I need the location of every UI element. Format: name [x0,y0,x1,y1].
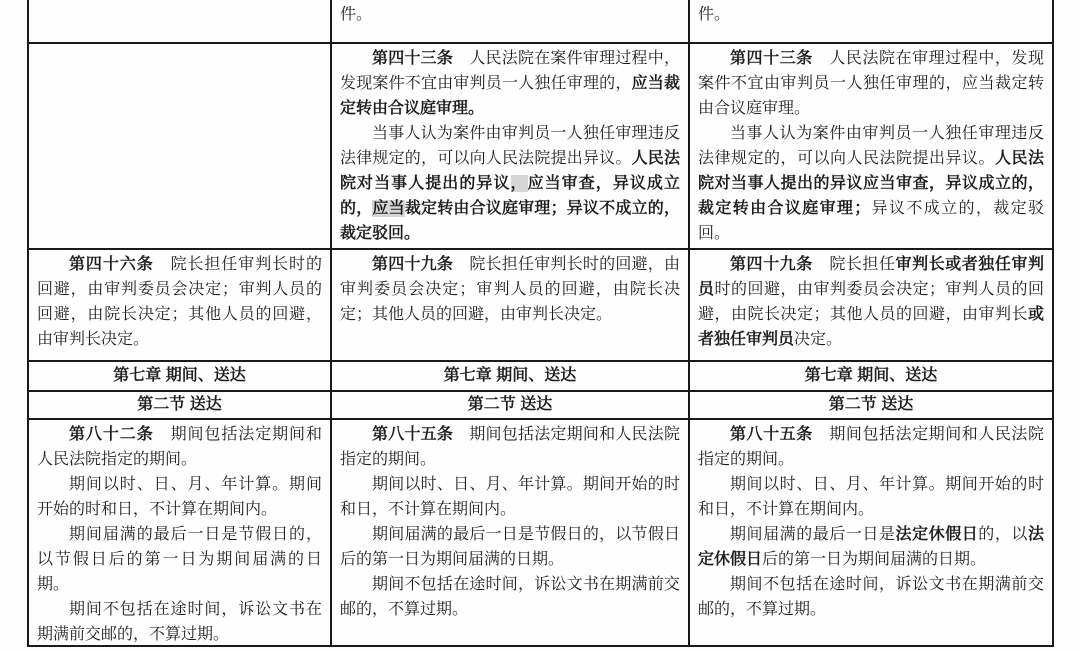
table-row: 第七章 期间、送达第七章 期间、送达第七章 期间、送达 [27,362,1054,392]
paragraph: 期间不包括在途时间，诉讼文书在期满前交邮的，不算过期。 [340,572,680,622]
text-span: 件。 [340,6,372,23]
section-heading: 第七章 期间、送达 [805,365,937,387]
text-span: 的，以 [978,526,1028,543]
table-row: 第二节 送达第二节 送达第二节 送达 [27,392,1054,420]
table-cell: 第四十九条 院长担任审判长或者独任审判员时的回避，由审判委员会决定；审判人员的回… [690,250,1054,362]
section-heading: 第七章 期间、送达 [113,365,245,387]
table-cell [27,44,332,250]
table-cell: 第八十五条 期间包括法定期间和人民法院指定的期间。期间以时、日、月、年计算。期间… [332,420,690,647]
paragraph: 件。 [698,2,1044,27]
paragraph: 期间以时、日、月、年计算。期间开始的时和日，不计算在期间内。 [37,472,322,522]
text-span: 第八十五条 [730,426,813,443]
text-span: 后的第一日为期间届满的日期。 [762,551,986,568]
text-span: 第八十二条 [69,426,154,443]
table-cell: 第四十九条 院长担任审判长时的回避，由审判委员会决定；审判人员的回避，由院长决定… [332,250,690,362]
paragraph: 第八十五条 期间包括法定期间和人民法院指定的期间。 [698,422,1044,472]
text-span: 第二节 送达 [137,396,221,413]
text-span: 决定。 [794,331,842,348]
table-cell: 第七章 期间、送达 [27,362,332,392]
text-span: 第二节 送达 [468,396,552,413]
text-span: 第四十三条 [730,50,813,67]
law-comparison-table: 件。件。第四十三条 人民法院在案件审理过程中，发现案件不宜由审判员一人独任审理的… [27,0,1054,647]
text-span: 期间不包括在途时间，诉讼文书在期满前交邮的，不算过期。 [698,576,1044,618]
table-cell: 第八十二条 期间包括法定期间和人民法院指定的期间。期间以时、日、月、年计算。期间… [27,420,332,647]
paragraph: 期间届满的最后一日是法定休假日的，以法定休假日后的第一日为期间届满的日期。 [698,522,1044,572]
text-span: 件。 [698,6,730,23]
paragraph: 第八十五条 期间包括法定期间和人民法院指定的期间。 [340,422,680,472]
paragraph: 期间以时、日、月、年计算。期间开始的时和日，不计算在期间内。 [698,472,1044,522]
text-span: 时的回避，由审判委员会决定；审判人员的回避，由院长决定；其他人员的回避，由审判长 [698,281,1044,323]
paragraph: 期间届满的最后一日是节假日的，以节假日后的第一日为期间届满的日期。 [37,522,322,597]
text-span: 期间以时、日、月、年计算。期间开始的时和日，不计算在期间内。 [37,476,322,518]
text-span: 法定休假日 [896,526,979,543]
table-cell: 第二节 送达 [332,392,690,420]
table-cell: 件。 [690,0,1054,44]
table-row: 第四十三条 人民法院在案件审理过程中，发现案件不宜由审判员一人独任审理的，应当裁… [27,44,1054,250]
text-span: 第二节 送达 [829,396,913,413]
table-cell: 第二节 送达 [690,392,1054,420]
paragraph: 第四十九条 院长担任审判长或者独任审判员时的回避，由审判委员会决定；审判人员的回… [698,252,1044,352]
table-cell: 第八十五条 期间包括法定期间和人民法院指定的期间。期间以时、日、月、年计算。期间… [690,420,1054,647]
text-span: 第四十三条 [372,50,453,67]
section-heading: 第二节 送达 [468,394,552,416]
highlighted-text: ， [511,175,528,192]
paragraph: 件。 [340,2,680,27]
table-cell: 第四十六条 院长担任审判长时的回避，由审判委员会决定；审判人员的回避，由院长决定… [27,250,332,362]
section-heading: 第七章 期间、送达 [444,365,576,387]
paragraph: 期间不包括在途时间，诉讼文书在期满前交邮的，不算过期。 [698,572,1044,622]
paragraph: 第四十六条 院长担任审判长时的回避，由审判委员会决定；审判人员的回避，由院长决定… [37,252,322,352]
table-cell: 第四十三条 人民法院在审理过程中，发现案件不宜由审判员一人独任审理的，应当裁定转… [690,44,1054,250]
paragraph: 当事人认为案件由审判员一人独任审理违反法律规定的，可以向人民法院提出异议。人民法… [698,121,1044,246]
table-row: 件。件。 [27,0,1054,44]
section-heading: 第二节 送达 [829,394,913,416]
text-span: 第八十五条 [372,426,453,443]
paragraph: 第四十三条 人民法院在审理过程中，发现案件不宜由审判员一人独任审理的，应当裁定转… [698,46,1044,121]
text-span: 第四十六条 [69,256,154,273]
text-span: 裁定转由合议庭审理； [405,200,567,217]
paragraph: 期间不包括在途时间，诉讼文书在期满前交邮的，不算过期。 [37,597,322,647]
highlighted-text: 应当 [372,200,404,217]
text-span: 期间届满的最后一日是 [730,526,896,543]
document-page: 件。件。第四十三条 人民法院在案件审理过程中，发现案件不宜由审判员一人独任审理的… [0,0,1080,650]
table-cell: 第七章 期间、送达 [332,362,690,392]
text-span: 当事人认为案件由审判员一人独任审理违反法律规定的，可以向人民法院提出异议。 [698,125,1044,167]
table-row: 第四十六条 院长担任审判长时的回避，由审判委员会决定；审判人员的回避，由院长决定… [27,250,1054,362]
text-span: 第四十九条 [730,256,813,273]
section-heading: 第二节 送达 [137,394,221,416]
paragraph: 第四十三条 人民法院在案件审理过程中，发现案件不宜由审判员一人独任审理的，应当裁… [340,46,680,121]
text-span: 第七章 期间、送达 [113,367,245,384]
paragraph: 期间以时、日、月、年计算。期间开始的时和日，不计算在期间内。 [340,472,680,522]
text-span: 当事人认为案件由审判员一人独任审理违反法律规定的，可以向人民法院提出异议。 [340,125,680,167]
text-span: 期间届满的最后一日是节假日的，以节假日后的第一日为期间届满的日期。 [340,526,680,568]
table-cell: 第七章 期间、送达 [690,362,1054,392]
table-cell: 件。 [332,0,690,44]
text-span: 期间不包括在途时间，诉讼文书在期满前交邮的，不算过期。 [340,576,680,618]
text-span: 期间以时、日、月、年计算。期间开始的时和日，不计算在期间内。 [340,476,680,518]
text-span: 期间届满的最后一日是节假日的，以节假日后的第一日为期间届满的日期。 [37,526,322,593]
table-cell: 第四十三条 人民法院在案件审理过程中，发现案件不宜由审判员一人独任审理的，应当裁… [332,44,690,250]
paragraph: 第八十二条 期间包括法定期间和人民法院指定的期间。 [37,422,322,472]
text-span: 期间以时、日、月、年计算。期间开始的时和日，不计算在期间内。 [698,476,1044,518]
table-row: 第八十二条 期间包括法定期间和人民法院指定的期间。期间以时、日、月、年计算。期间… [27,420,1054,647]
paragraph: 期间届满的最后一日是节假日的，以节假日后的第一日为期间届满的日期。 [340,522,680,572]
text-span: 期间不包括在途时间，诉讼文书在期满前交邮的，不算过期。 [37,601,322,643]
table-cell: 第二节 送达 [27,392,332,420]
table-cell [27,0,332,44]
paragraph: 第四十九条 院长担任审判长时的回避，由审判委员会决定；审判人员的回避，由院长决定… [340,252,680,327]
text-span: 第七章 期间、送达 [444,367,576,384]
text-span: 第四十九条 [372,256,453,273]
paragraph: 当事人认为案件由审判员一人独任审理违反法律规定的，可以向人民法院提出异议。人民法… [340,121,680,246]
text-span: 第七章 期间、送达 [805,367,937,384]
text-span: 院长担任 [813,256,896,273]
